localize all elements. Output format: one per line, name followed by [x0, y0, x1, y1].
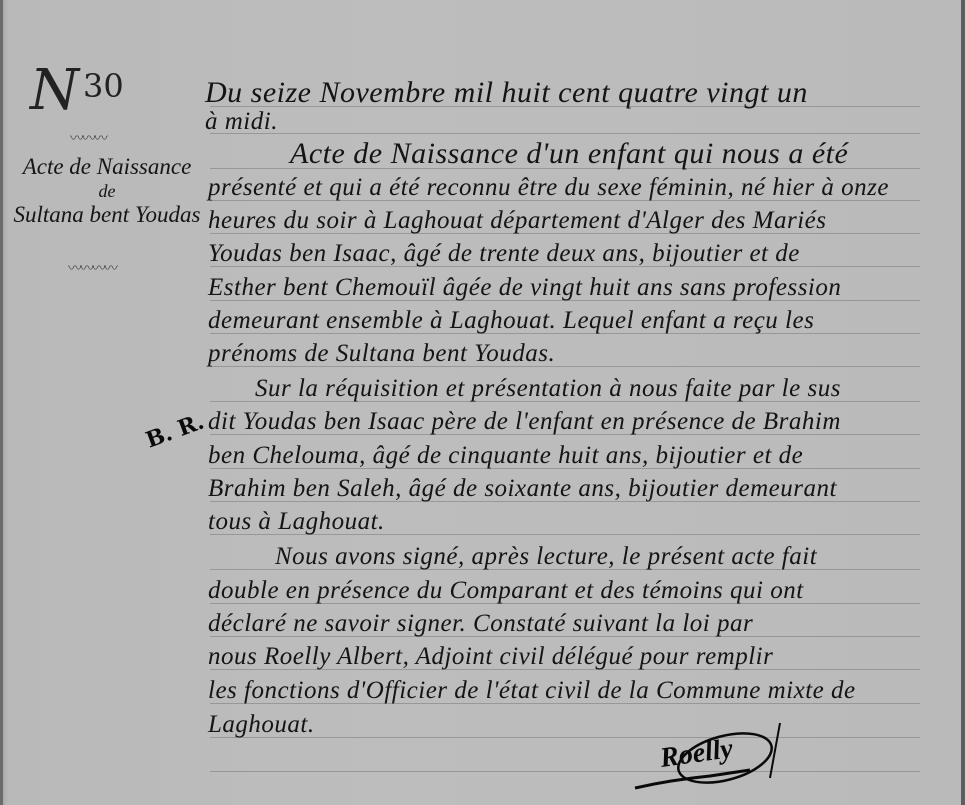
body-line: double en présence du Comparant et des t… — [208, 577, 804, 605]
body-line: Nous avons signé, après lecture, le prés… — [275, 543, 817, 571]
page-left-edge — [0, 0, 3, 805]
officer-signature: Roelly — [630, 718, 790, 798]
body-line: nous Roelly Albert, Adjoint civil délégu… — [208, 643, 773, 671]
body-line: Youdas ben Isaac, âgé de trente deux ans… — [208, 240, 800, 268]
flourish-divider: 〰〰〰〰 — [68, 258, 116, 278]
body-line: tous à Laghouat. — [208, 508, 385, 536]
ruled-line — [210, 771, 920, 772]
page-right-edge — [961, 0, 965, 805]
entry-number: N30 — [30, 58, 124, 119]
entry-number-value: 30 — [83, 67, 124, 105]
scanned-document-page: N30 〰〰〰 Acte de Naissance de Sultana ben… — [0, 0, 965, 805]
margin-title-line1: Acte de Naissance — [12, 152, 202, 182]
body-line: Acte de Naissance d'un enfant qui nous a… — [290, 137, 848, 171]
body-line: Du seize Novembre mil huit cent quatre v… — [205, 76, 808, 110]
body-line: présenté et qui a été reconnu être du se… — [208, 174, 889, 202]
margin-title: Acte de Naissance de Sultana bent Youdas — [12, 152, 202, 230]
body-line: ben Chelouma, âgé de cinquante huit ans,… — [208, 442, 803, 470]
body-line: Laghouat. — [208, 711, 315, 739]
margin-stamp: B. R. — [142, 409, 207, 454]
body-line: les fonctions d'Officier de l'état civil… — [208, 677, 856, 705]
body-line: Esther bent Chemouïl âgée de vingt huit … — [208, 274, 841, 302]
body-line: heures du soir à Laghouat département d'… — [208, 207, 826, 235]
body-line: Sur la réquisition et présentation à nou… — [255, 375, 841, 403]
body-line: demeurant ensemble à Laghouat. Lequel en… — [208, 307, 814, 335]
body-line: Brahim ben Saleh, âgé de soixante ans, b… — [208, 475, 837, 503]
body-line: déclaré ne savoir signer. Constaté suiva… — [208, 610, 753, 638]
ruled-line — [210, 133, 920, 134]
margin-title-line3: Sultana bent Youdas — [12, 200, 202, 230]
body-line: à midi. — [205, 108, 278, 136]
body-line: prénoms de Sultana bent Youdas. — [208, 340, 555, 368]
ruled-line — [210, 737, 920, 738]
flourish-divider: 〰〰〰 — [70, 128, 106, 148]
margin-title-line2: de — [12, 182, 202, 200]
entry-number-prefix: N — [30, 58, 79, 123]
body-line: dit Youdas ben Isaac père de l'enfant en… — [208, 408, 841, 436]
